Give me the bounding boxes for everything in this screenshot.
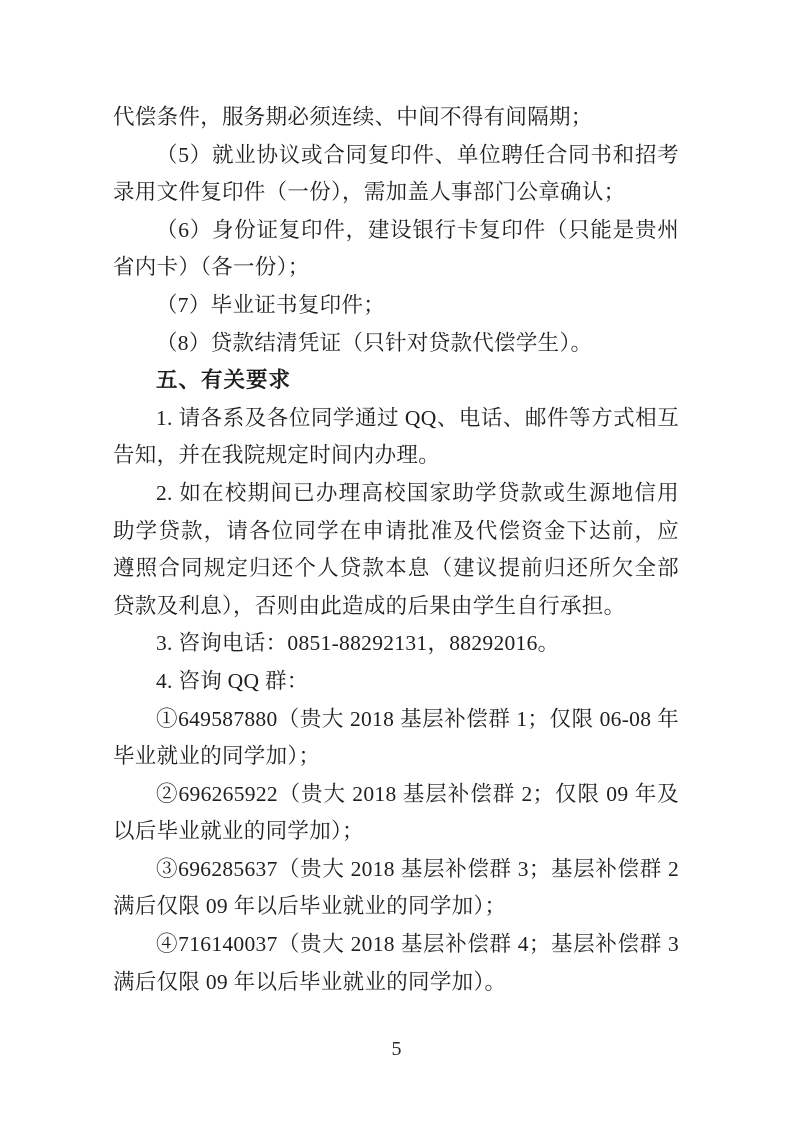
material-item-6: （6）身份证复印件，建设银行卡复印件（只能是贵州省内卡）（各一份）； (113, 212, 679, 287)
requirement-2: 2. 如在校期间已办理高校国家助学贷款或生源地信用助学贷款，请各位同学在申请批准… (113, 475, 679, 625)
material-item-8: （8）贷款结清凭证（只针对贷款代偿学生）。 (113, 325, 679, 363)
qq-group-4: ④716140037（贵大 2018 基层补偿群 4；基层补偿群 3 满后仅限 … (113, 926, 679, 1001)
page-number: 5 (0, 1038, 793, 1061)
section-heading: 五、有关要求 (113, 362, 679, 400)
continuation-paragraph: 代偿条件，服务期必须连续、中间不得有间隔期； (113, 99, 679, 137)
requirement-4-qq: 4. 咨询 QQ 群： (113, 663, 679, 701)
requirement-1: 1. 请各系及各位同学通过 QQ、电话、邮件等方式相互告知，并在我院规定时间内办… (113, 400, 679, 475)
material-item-7: （7）毕业证书复印件； (113, 287, 679, 325)
qq-group-1: ①649587880（贵大 2018 基层补偿群 1；仅限 06-08 年毕业就… (113, 701, 679, 776)
document-page: 代偿条件，服务期必须连续、中间不得有间隔期； （5）就业协议或合同复印件、单位聘… (0, 0, 793, 1122)
requirement-3-phone: 3. 咨询电话：0851-88292131，88292016。 (113, 625, 679, 663)
qq-group-2: ②696265922（贵大 2018 基层补偿群 2；仅限 09 年及以后毕业就… (113, 776, 679, 851)
qq-group-3: ③696285637（贵大 2018 基层补偿群 3；基层补偿群 2 满后仅限 … (113, 851, 679, 926)
material-item-5: （5）就业协议或合同复印件、单位聘任合同书和招考录用文件复印件（一份），需加盖人… (113, 137, 679, 212)
document-body: 代偿条件，服务期必须连续、中间不得有间隔期； （5）就业协议或合同复印件、单位聘… (113, 99, 679, 1001)
